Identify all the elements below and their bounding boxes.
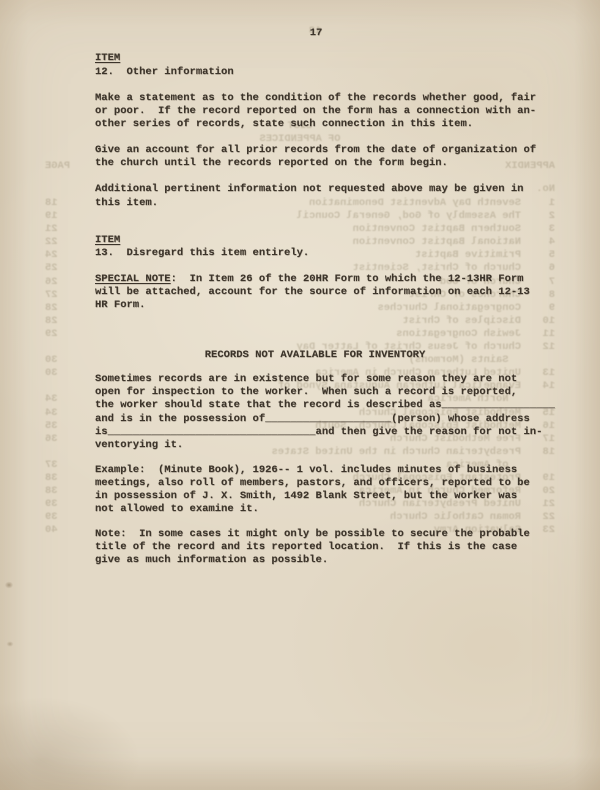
- paragraph-records-description: Sometimes records are in existence but f…: [95, 373, 547, 453]
- typewritten-content: 17 ITEM 12. Other information Make a sta…: [95, 27, 547, 568]
- item-12-heading: 12. Other information: [95, 66, 547, 79]
- paragraph-line: ventorying it.: [95, 439, 547, 452]
- item-13-label: ITEM: [95, 234, 547, 247]
- paragraph-line-blank-described-as: the worker should state that the record …: [95, 399, 547, 412]
- paragraph-note: Note: In some cases it might only be pos…: [95, 528, 547, 568]
- paragraph-line: or poor. If the record reported on the f…: [95, 105, 547, 118]
- special-note-label: SPECIAL NOTE: [95, 273, 171, 285]
- section-heading-records-not-available: RECORDS NOT AVAILABLE FOR INVENTORY: [83, 349, 547, 362]
- paragraph-line: give as much information as possible.: [95, 554, 547, 567]
- paragraph-special-note: SPECIAL NOTE: In Item 26 of the 20HR For…: [95, 273, 547, 313]
- paragraph-line: Note: In some cases it might only be pos…: [95, 528, 547, 541]
- paragraph-line-blank-address: is_________________________________and t…: [95, 426, 547, 439]
- special-note-first-line: SPECIAL NOTE: In Item 26 of the 20HR For…: [95, 273, 547, 286]
- paragraph-additional-info: Additional pertinent information not req…: [95, 183, 547, 210]
- paragraph-prior-records: Give an account for all prior records fr…: [95, 144, 547, 171]
- paragraph-line: Sometimes records are in existence but f…: [95, 373, 547, 386]
- item-label-text: ITEM: [95, 52, 120, 64]
- special-note-rest: : In Item 26 of the 20HR Form to which t…: [171, 273, 524, 285]
- paragraph-line: other series of records, state such conn…: [95, 118, 547, 131]
- paragraph-line: Additional pertinent information not req…: [95, 183, 547, 196]
- paragraph-line: will be attached, account for the source…: [95, 286, 547, 299]
- paragraph-line: Give an account for all prior records fr…: [95, 144, 547, 157]
- paragraph-line: this item.: [95, 197, 547, 210]
- paragraph-line: title of the record and its reported loc…: [95, 541, 547, 554]
- paragraph-example: Example: (Minute Book), 1926-- 1 vol. in…: [95, 464, 547, 517]
- paragraph-line: meetings, also roll of members, pastors,…: [95, 477, 547, 490]
- paragraph-condition: Make a statement as to the condition of …: [95, 92, 547, 132]
- paragraph-line: Example: (Minute Book), 1926-- 1 vol. in…: [95, 464, 547, 477]
- item-13-heading: 13. Disregard this item entirely.: [95, 247, 547, 260]
- scanned-document-page: 18 LIST OF APPENDICES APPENDIX PAGE No. …: [0, 0, 600, 790]
- paragraph-line: Make a statement as to the condition of …: [95, 92, 547, 105]
- item-12-label: ITEM: [95, 52, 547, 65]
- paragraph-line: not allowed to examine it.: [95, 503, 547, 516]
- item-label-text: ITEM: [95, 234, 120, 246]
- paragraph-line: the church until the records reported on…: [95, 157, 547, 170]
- bleed-col-page: PAGE: [45, 160, 70, 173]
- paragraph-line: HR Form.: [95, 299, 547, 312]
- paragraph-line: open for inspection to the worker. When …: [95, 386, 547, 399]
- paragraph-line: in possession of J. X. Smith, 1492 Blank…: [95, 490, 547, 503]
- paragraph-line-blank-person: and is in the possession of_____________…: [95, 413, 547, 426]
- page-number: 17: [85, 27, 547, 40]
